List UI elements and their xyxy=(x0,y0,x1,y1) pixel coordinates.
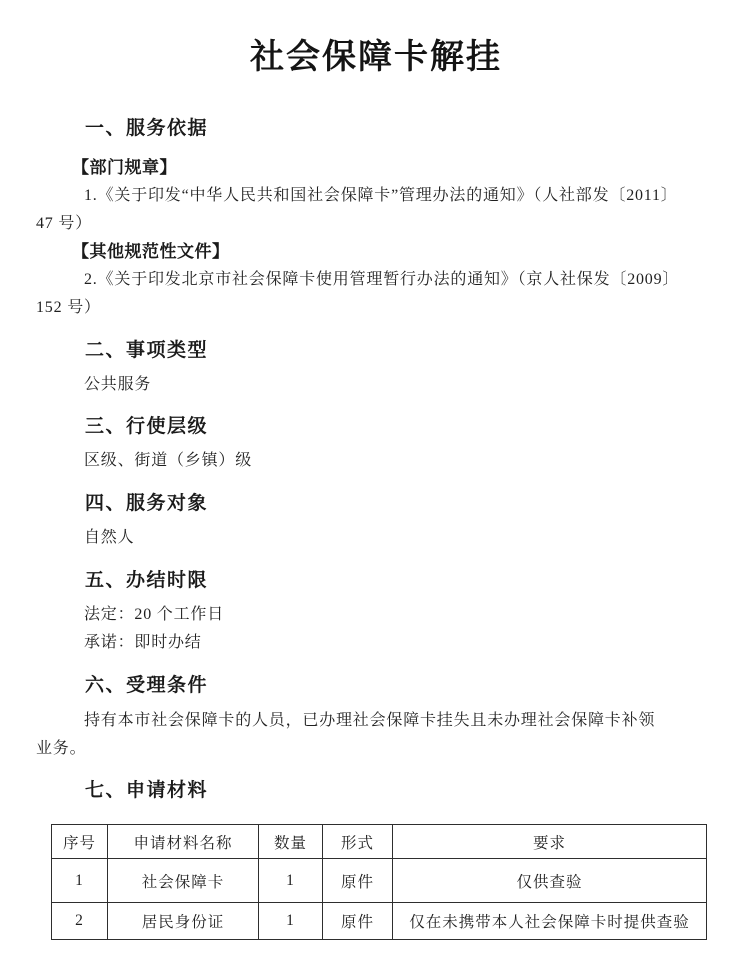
regulation-item-1-line-1: 1.《关于印发“中华人民共和国社会保障卡”管理办法的通知》（人社部发〔2011〕 xyxy=(84,187,678,205)
acceptance-conditions-line-2: 业务。 xyxy=(36,740,86,758)
table-row: 1 社会保障卡 1 原件 仅供查验 xyxy=(52,859,707,903)
cell-material-name: 居民身份证 xyxy=(108,903,259,940)
cell-form: 原件 xyxy=(323,859,393,903)
cell-index: 1 xyxy=(52,859,108,903)
section-heading-exercise-level: 三、行使层级 xyxy=(85,417,208,436)
label-department-regulations: 【部门规章】 xyxy=(72,159,177,176)
cell-quantity: 1 xyxy=(259,859,323,903)
section-heading-item-type: 二、事项类型 xyxy=(85,341,208,360)
exercise-level-value: 区级、街道（乡镇）级 xyxy=(84,452,252,470)
header-cell-quantity: 数量 xyxy=(259,825,323,859)
acceptance-conditions-line-1: 持有本市社会保障卡的人员，已办理社会保障卡挂失且未办理社会保障卡补领 xyxy=(84,712,655,730)
promised-time-limit: 承诺：即时办结 xyxy=(84,634,202,652)
cell-index: 2 xyxy=(52,903,108,940)
header-cell-index: 序号 xyxy=(52,825,108,859)
application-materials-table: 序号 申请材料名称 数量 形式 要求 1 社会保障卡 1 原件 仅供查验 2 居… xyxy=(51,824,707,940)
section-heading-service-basis: 一、服务依据 xyxy=(85,119,208,138)
section-heading-completion-time: 五、办结时限 xyxy=(85,571,208,590)
cell-requirement: 仅在未携带本人社会保障卡时提供查验 xyxy=(393,903,707,940)
label-other-normative-documents: 【其他规范性文件】 xyxy=(72,243,230,260)
page-title: 社会保障卡解挂 xyxy=(0,41,752,75)
regulation-item-1-line-2: 47 号） xyxy=(36,215,92,233)
item-type-value: 公共服务 xyxy=(84,376,151,394)
cell-form: 原件 xyxy=(323,903,393,940)
header-cell-requirement: 要求 xyxy=(393,825,707,859)
document-page: 社会保障卡解挂 一、服务依据 【部门规章】 1.《关于印发“中华人民共和国社会保… xyxy=(0,0,752,974)
header-cell-material-name: 申请材料名称 xyxy=(108,825,259,859)
table-header-row: 序号 申请材料名称 数量 形式 要求 xyxy=(52,825,707,859)
section-heading-acceptance-conditions: 六、受理条件 xyxy=(85,676,208,695)
service-target-value: 自然人 xyxy=(84,529,134,547)
header-cell-form: 形式 xyxy=(323,825,393,859)
cell-quantity: 1 xyxy=(259,903,323,940)
statutory-time-limit: 法定：20 个工作日 xyxy=(84,606,224,624)
section-heading-service-target: 四、服务对象 xyxy=(85,494,208,513)
section-heading-application-materials: 七、申请材料 xyxy=(85,781,208,800)
regulation-item-2-line-1: 2.《关于印发北京市社会保障卡使用管理暂行办法的通知》（京人社保发〔2009〕 xyxy=(84,271,679,289)
regulation-item-2-line-2: 152 号） xyxy=(36,299,101,317)
cell-material-name: 社会保障卡 xyxy=(108,859,259,903)
table-row: 2 居民身份证 1 原件 仅在未携带本人社会保障卡时提供查验 xyxy=(52,903,707,940)
cell-requirement: 仅供查验 xyxy=(393,859,707,903)
